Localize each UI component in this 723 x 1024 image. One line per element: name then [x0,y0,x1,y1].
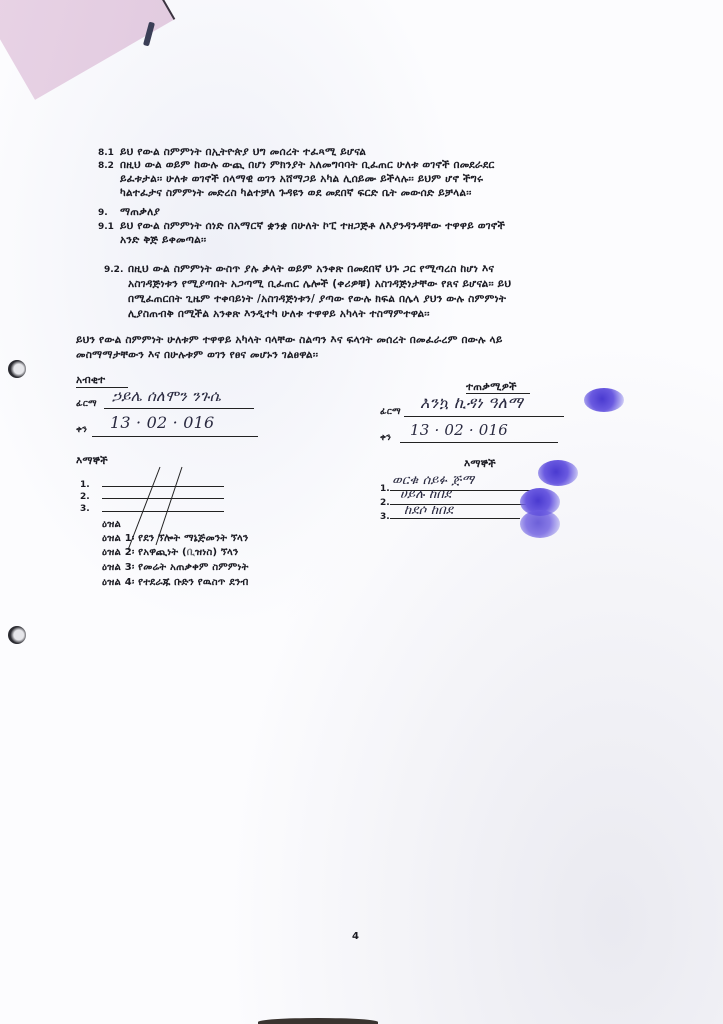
scan-edge-shadow [258,1018,378,1024]
attachment-item: ዕዝል 3፡ የመሬት አጠቃቀም ስምምነት [102,561,249,574]
fingerprint-stamp [584,388,624,412]
section-8-1-text: ይህ የውል ስምምነት በኢትዮጵያ ህግ መሰረት ተፈጻሚ ይሆናል [120,146,366,159]
date-line [92,436,258,437]
section-9-1-line: ይህ የውል ስምምነት ሰነድ በአማርኛ ቋንቋ በሁለት ኮፒ ተዘጋጅቶ… [120,220,505,233]
fingerprint-stamp [520,510,560,538]
lessee-date: 13 · 02 · 016 [410,424,508,437]
lessor-date: 13 · 02 · 016 [110,416,214,429]
signature-line [104,408,254,409]
witness-signature: ከደሶ ከበደ [404,504,453,517]
lessee-signature: እንኳ ኪዳነ ዓለማ [420,396,523,409]
signature-label: ፊርማ [76,398,97,411]
date-line [400,442,558,443]
section-8-2-line: ይፈቱታል፡፡ ሁለቱ ወገኖች ሰላማዊ ወገን አሸማጋይ አካል ሊሰይሙ… [120,173,483,186]
section-number: 8.2 [98,161,114,171]
folded-corner [0,0,175,100]
attachment-item: ዕዝል 4፡ የተደራጁ ቡድን የዉስጥ ደንብ [102,576,249,589]
section-9-2-line: በሚፈጠርበት ጊዜም ተቀባይነት /አስገዳጅነቱን/ ያጣው የውሉ ክፍ… [128,293,506,306]
section-number: 9. [98,208,108,218]
section-8-2-line: በዚህ ውል ወይም ከውሉ ውጪ በሆነ ምክንያት አለመግባባት ቢፈጠር… [120,159,495,172]
section-9-2-line: አስገዳጅነቱን የሚያጣበት አጋጣሚ ቢፈጠር ሌሎች (ቀሪዎቹ) አስገ… [128,278,511,291]
section-number: 9.2. [104,265,123,275]
witness-signature: ወርቁ ሰይፉ ጅማ [392,474,474,487]
lessor-signature: ኃይሌ ሰለሞን ንጉሴ [112,390,221,403]
closing-line: መስማማታቸውን እና በሁሉቱም ወገን የፀና መሆኑን ገልፀዋል፡፡ [76,349,318,362]
lessor-heading: አብቂተ [76,374,105,387]
section-8-2-line: ካልተፈታና ስምምነት መድረስ ካልተቻለ ጉዳዩን ወደ መደበኛ ፍርድ… [120,187,472,200]
attachment-item: ዕዝል 2፡ የአዋጪነት (ቢዝነስ) ኘላን [102,546,238,559]
date-label: ቀን [380,432,391,445]
witness-number: 3. [80,504,90,514]
witness-line [390,518,520,519]
document-page: 8.1 ይህ የውል ስምምነት በኢትዮጵያ ህግ መሰረት ተፈጻሚ ይሆና… [0,0,723,1024]
page-number: 4 [352,931,359,942]
section-9-1-line: አንድ ቅጅ ይቀመጣል፡፡ [120,234,206,247]
witness-number: 1. [380,484,390,494]
attachment-item: ዕዝል 1፡ የደን ኘሎት ማኔጅመንት ኘላን [102,532,248,545]
closing-line: ይህን የውል ስምምነት ሁለቱም ተዋዋይ አካላት ባላቸው ስልጣን እ… [76,334,503,347]
attachments-heading: ዕዝል [102,518,121,531]
witness-number: 2. [80,492,90,502]
witness-number: 1. [80,480,90,490]
punch-hole-icon [8,626,26,644]
witnesses-heading: እማኞች [464,458,496,471]
section-9-2-line: ሊያስጠብቅ በሚችል አንቀጽ እንዲተካ ሁለቱ ተዋዋይ አካላት ተስማ… [128,308,430,321]
section-number: 8.1 [98,148,114,158]
signature-label: ፊርማ [380,406,401,419]
punch-hole-icon [8,360,26,378]
witness-number: 3. [380,512,390,522]
fingerprint-stamp [538,460,578,486]
section-9-heading: ማጠቃለያ [120,206,160,219]
date-label: ቀን [76,424,87,437]
witness-number: 2. [380,498,390,508]
section-9-2-line: በዚህ ውል ስምምነት ውስጥ ያሉ ቃላት ወይም አንቀጽ በመደበኛ ህ… [128,263,494,276]
witnesses-heading: እማኞች [76,455,108,468]
section-number: 9.1 [98,222,114,232]
signature-line [404,416,564,417]
witness-signature: ሀይሉ ከበደ [400,488,451,501]
